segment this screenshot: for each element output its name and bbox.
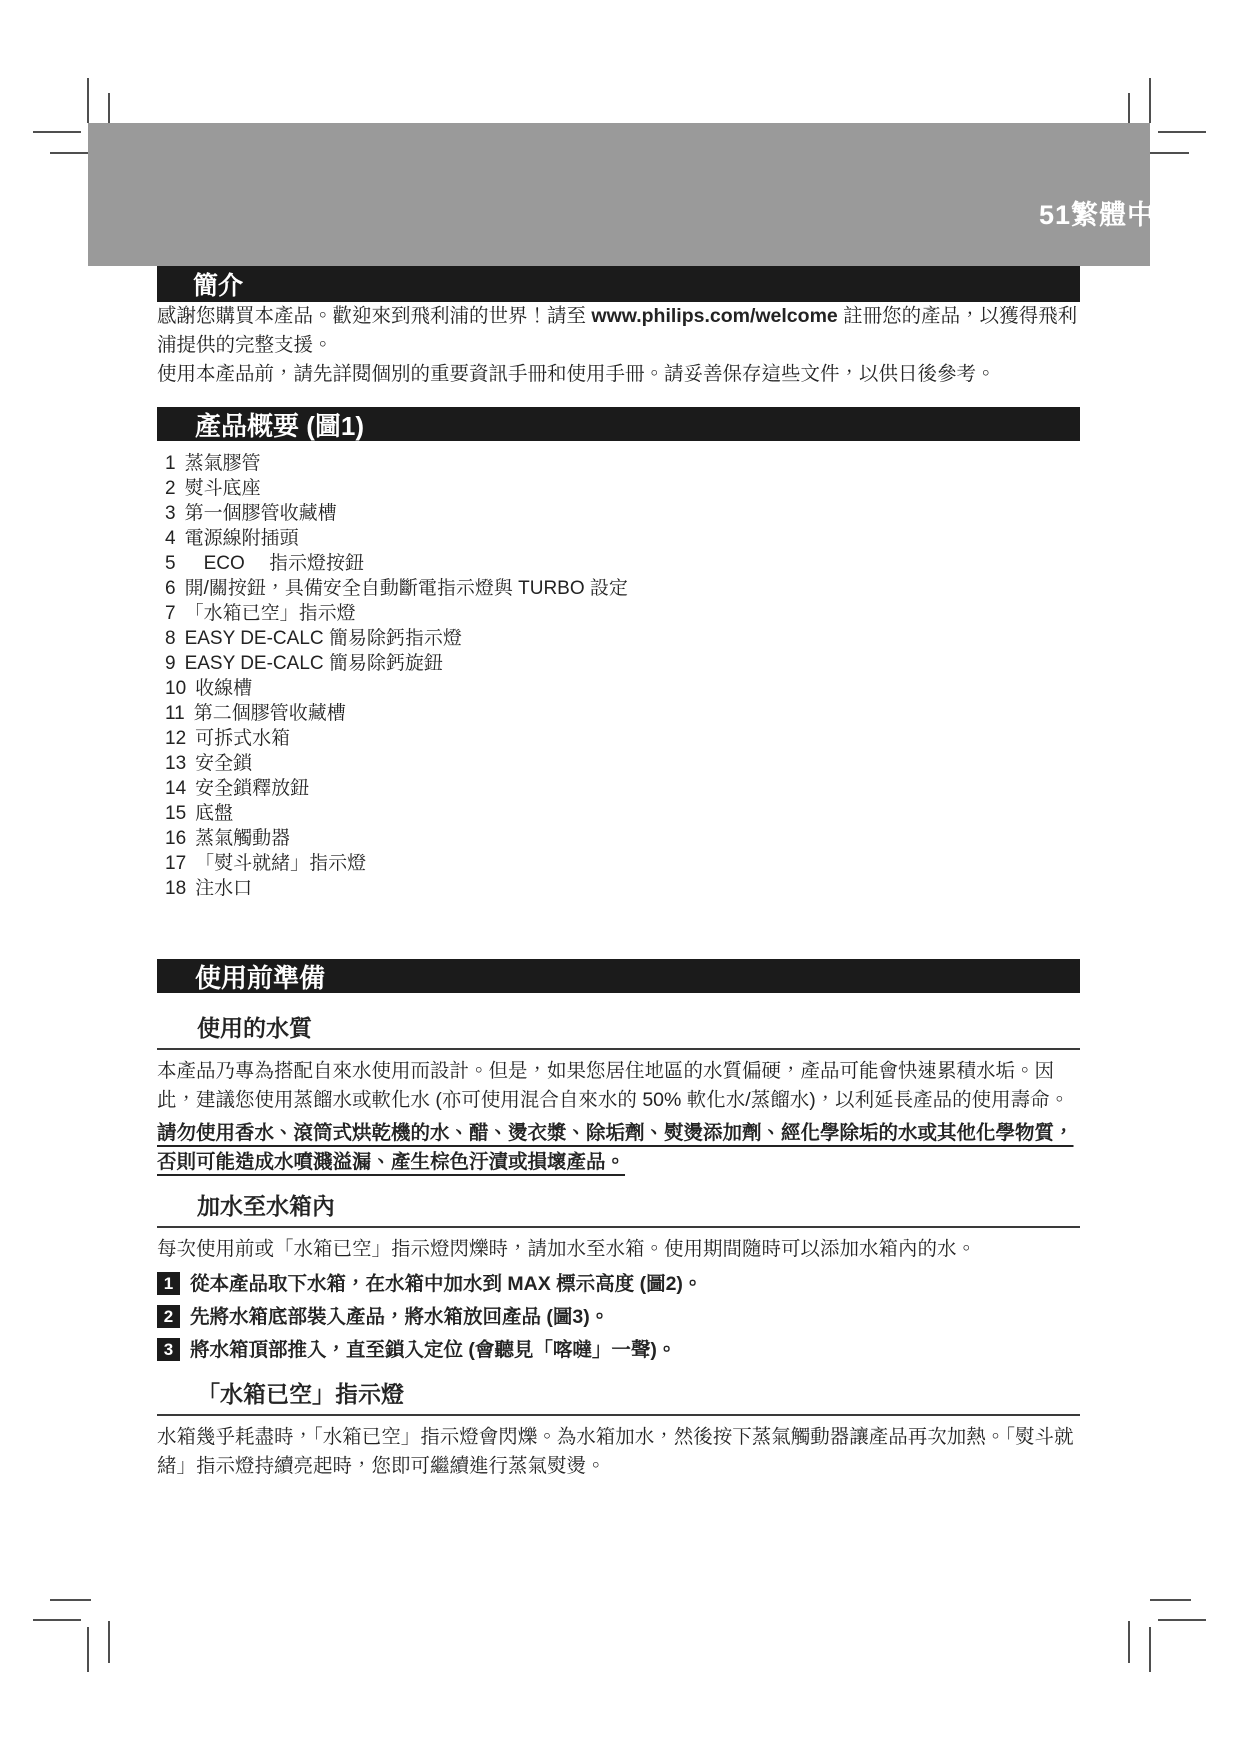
crop-mark-top-right <box>1149 78 1151 123</box>
crop-mark-bottom-left <box>87 1627 89 1672</box>
list-item: 13安全鎖 <box>165 751 1080 776</box>
list-item: 11第二個膠管收藏槽 <box>165 701 1080 726</box>
section-bar-intro: 簡介 <box>157 266 1080 302</box>
fill-tank-steps: 1 從本產品取下水箱，在水箱中加水到 MAX 標示高度 (圖2)。 2 先將水箱… <box>157 1271 1080 1363</box>
subsection-heading-tank-empty: 「水箱已空」指示燈 <box>157 1381 1080 1416</box>
water-quality-text: 本產品乃專為搭配自來水使用而設計。但是，如果您居住地區的水質偏硬，產品可能會快速… <box>157 1057 1080 1115</box>
list-item: 2熨斗底座 <box>165 476 1080 501</box>
section-bar-preparation: 使用前準備 <box>157 959 1080 993</box>
list-item: 14安全鎖釋放鈕 <box>165 776 1080 801</box>
step-row: 3 將水箱頂部推入，直至鎖入定位 (會聽見「喀噠」一聲)。 <box>157 1337 1080 1363</box>
intro-text: 感謝您購買本產品。歡迎來到飛利浦的世界！請至 <box>157 305 591 327</box>
list-item: 3第一個膠管收藏槽 <box>165 501 1080 526</box>
crop-mark-bottom-right <box>1150 1599 1191 1601</box>
crop-mark-top-right <box>1148 152 1189 154</box>
list-item: 16蒸氣觸動器 <box>165 826 1080 851</box>
subsection-heading-fill-tank: 加水至水箱內 <box>157 1193 1080 1228</box>
list-item: 8EASY DE-CALC 簡易除鈣指示燈 <box>165 626 1080 651</box>
page-number-label: 51繁體中 <box>1039 193 1150 232</box>
subsection-heading-water-quality: 使用的水質 <box>157 1015 1080 1050</box>
step-text: 從本產品取下水箱，在水箱中加水到 MAX 標示高度 (圖2)。 <box>190 1271 702 1297</box>
step-text: 將水箱頂部推入，直至鎖入定位 (會聽見「喀噠」一聲)。 <box>190 1337 676 1363</box>
list-item: 10收線槽 <box>165 676 1080 701</box>
step-row: 1 從本產品取下水箱，在水箱中加水到 MAX 標示高度 (圖2)。 <box>157 1271 1080 1297</box>
step-row: 2 先將水箱底部裝入產品，將水箱放回產品 (圖3)。 <box>157 1304 1080 1330</box>
crop-mark-bottom-left <box>108 1621 110 1663</box>
fill-tank-text: 每次使用前或「水箱已空」指示燈閃爍時，請加水至水箱。使用期間隨時可以添加水箱內的… <box>157 1235 1080 1264</box>
registration-url: www.philips.com/welcome <box>591 305 837 327</box>
crop-mark-top-left <box>50 152 91 154</box>
section-title: 產品概要 (圖1) <box>195 406 364 443</box>
water-quality-warning: 請勿使用香水、滾筒式烘乾機的水、醋、燙衣漿、除垢劑、熨燙添加劑、經化學除垢的水或… <box>157 1119 1080 1177</box>
document-page: { "page": { "label": "51繁體中", "colors": … <box>0 0 1241 1754</box>
list-item: 9EASY DE-CALC 簡易除鈣旋鈕 <box>165 651 1080 676</box>
section-title: 使用前準備 <box>195 958 325 995</box>
crop-mark-bottom-right <box>1149 1627 1151 1672</box>
list-item: 18注水口 <box>165 876 1080 901</box>
crop-mark-bottom-left <box>33 1619 81 1621</box>
tank-empty-text: 水箱幾乎耗盡時，「水箱已空」指示燈會閃爍。為水箱加水，然後按下蒸氣觸動器讓產品再… <box>157 1423 1080 1481</box>
list-item: 12可拆式水箱 <box>165 726 1080 751</box>
crop-mark-bottom-right <box>1158 1619 1206 1621</box>
parts-list: 1蒸氣膠管 2熨斗底座 3第一個膠管收藏槽 4電源線附插頭 5 ECO 指示燈按… <box>157 451 1080 901</box>
list-item: 6開/關按鈕，具備安全自動斷電指示燈與 TURBO 設定 <box>165 576 1080 601</box>
list-item: 1蒸氣膠管 <box>165 451 1080 476</box>
list-item: 4電源線附插頭 <box>165 526 1080 551</box>
page-content: 簡介 感謝您購買本產品。歡迎來到飛利浦的世界！請至 www.philips.co… <box>157 266 1080 1481</box>
step-text: 先將水箱底部裝入產品，將水箱放回產品 (圖3)。 <box>190 1304 609 1330</box>
list-item: 17「熨斗就緒」指示燈 <box>165 851 1080 876</box>
list-item: 15底盤 <box>165 801 1080 826</box>
page-header-band: 51繁體中 <box>88 123 1150 266</box>
list-item: 5 ECO 指示燈按鈕 <box>165 551 1080 576</box>
section-bar-overview: 產品概要 (圖1) <box>157 407 1080 441</box>
crop-mark-top-left <box>33 131 81 133</box>
crop-mark-top-right <box>1158 131 1206 133</box>
crop-mark-bottom-right <box>1128 1621 1130 1663</box>
list-item: 7「水箱已空」指示燈 <box>165 601 1080 626</box>
intro-paragraph-2: 使用本產品前，請先詳閱個別的重要資訊手冊和使用手冊。請妥善保存這些文件，以供日後… <box>157 360 1080 389</box>
section-title: 簡介 <box>193 266 243 302</box>
crop-mark-top-left <box>87 78 89 123</box>
intro-paragraph-1: 感謝您購買本產品。歡迎來到飛利浦的世界！請至 www.philips.com/w… <box>157 302 1080 360</box>
step-number-badge: 2 <box>157 1305 180 1328</box>
step-number-badge: 1 <box>157 1272 180 1295</box>
crop-mark-bottom-left <box>50 1599 91 1601</box>
step-number-badge: 3 <box>157 1338 180 1361</box>
